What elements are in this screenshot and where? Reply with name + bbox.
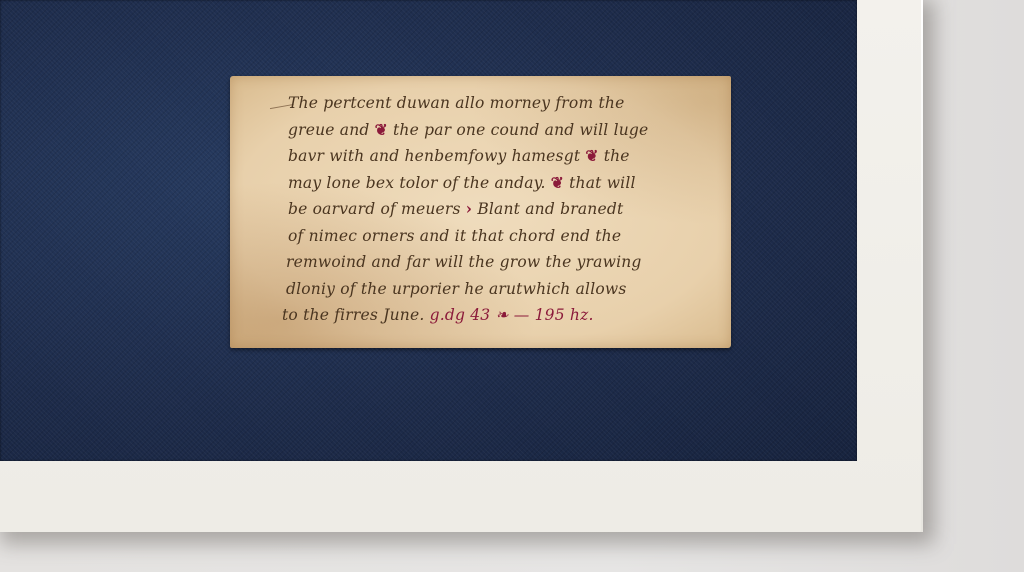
photo-scene: The pertcent duwan allo morney from theg…	[0, 0, 1024, 572]
note-line: greue and ❦ the par one cound and will l…	[288, 117, 721, 144]
red-ink-mark: ❦	[585, 146, 598, 165]
ink-text: to the firres June.	[282, 306, 430, 324]
ink-text: that will	[564, 174, 636, 192]
mat-deckle-edge	[921, 0, 923, 532]
ink-text: remwoind and far will the grow the yrawi…	[286, 253, 642, 271]
ink-text: greue and	[288, 121, 375, 139]
red-ink-mark: ❦	[375, 120, 388, 139]
note-line: dloniy of the urporier he arutwhich allo…	[286, 276, 721, 303]
note-line: The pertcent duwan allo morney from the	[288, 90, 721, 117]
note-line: of nimec orners and it that chord end th…	[288, 223, 721, 250]
note-line: may lone bex tolor of the anday. ❦ that …	[288, 170, 721, 197]
note-line: bavr with and henbemfowy hamesgt ❦ the	[288, 143, 721, 170]
ink-text: dloniy of the urporier he arutwhich allo…	[286, 280, 627, 298]
ink-text: of nimec orners and it that chord end th…	[288, 227, 621, 245]
handwritten-note: The pertcent duwan allo morney from theg…	[230, 76, 731, 348]
note-text: The pertcent duwan allo morney from theg…	[288, 90, 721, 329]
ink-text: may lone bex tolor of the anday.	[288, 174, 551, 192]
ink-text: the	[599, 147, 630, 165]
red-ink-mark: g.dg 43 ❧ — 195 hz.	[430, 306, 594, 324]
ink-text: Blant and branedt	[472, 200, 623, 218]
ink-text: The pertcent duwan allo morney from the	[288, 94, 624, 112]
note-line: be oarvard of meuers › Blant and branedt	[288, 196, 721, 223]
ink-text: be oarvard of meuers	[288, 200, 466, 218]
note-line: to the firres June. g.dg 43 ❧ — 195 hz.	[282, 302, 721, 329]
ink-text: bavr with and henbemfowy hamesgt	[288, 147, 585, 165]
ink-text: the par one cound and will luge	[388, 121, 649, 139]
note-line: remwoind and far will the grow the yrawi…	[286, 249, 721, 276]
red-ink-mark: ❦	[551, 173, 564, 192]
